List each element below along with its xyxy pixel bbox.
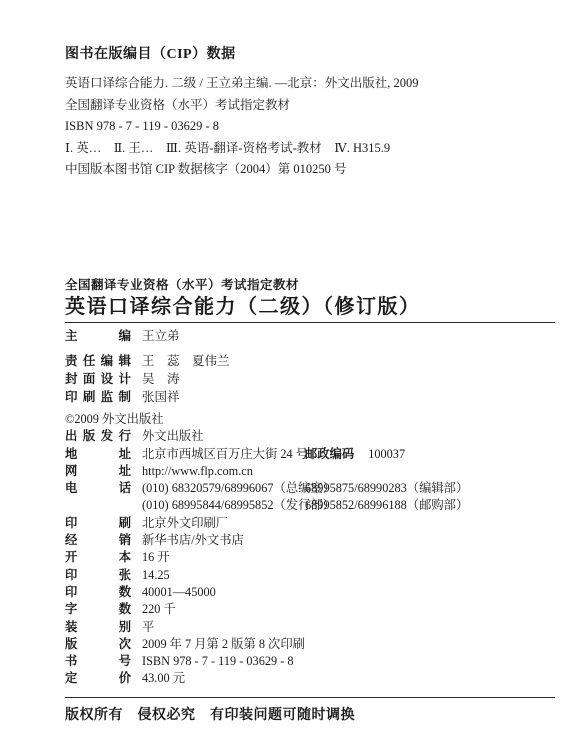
row-extra: 68995875/68990283（编辑部） — [305, 480, 468, 497]
row-label: 定价 — [65, 670, 131, 687]
copyright-page: 图书在版编目（CIP）数据 英语口译综合能力. 二级 / 王立弟主编. —北京：… — [0, 0, 565, 742]
info-row: 印张14.25 — [65, 567, 555, 584]
row-value: 43.00 元 — [142, 671, 185, 685]
info-row: 字数220 千 — [65, 601, 555, 618]
row-label: 印刷监制 — [65, 388, 131, 406]
publication-info-block: ©2009 外文出版社 出版发行外文出版社地址北京市西城区百万庄大街 24 号邮… — [65, 411, 555, 688]
row-label: 书号 — [65, 653, 131, 670]
info-row: 书号ISBN 978 - 7 - 119 - 03629 - 8 — [65, 653, 555, 670]
row-label: 经销 — [65, 532, 131, 549]
row-value: 14.25 — [142, 568, 170, 582]
row-label: 印数 — [65, 584, 131, 601]
row-value: 40001—45000 — [142, 585, 216, 599]
row-label: 责任编辑 — [65, 352, 131, 370]
copyright-notice: ©2009 外文出版社 — [65, 411, 555, 428]
row-value: 2009 年 7 月第 2 版第 8 次印刷 — [142, 637, 305, 651]
info-row: 经销新华书店/外文书店 — [65, 532, 555, 549]
row-label: 网址 — [65, 463, 131, 480]
row-label: 版次 — [65, 636, 131, 653]
publication-rows: 出版发行外文出版社地址北京市西城区百万庄大街 24 号邮政编码100037网址h… — [65, 428, 555, 687]
row-label: 出版发行 — [65, 428, 131, 445]
extra-value: 68995875/68990283（编辑部） — [305, 481, 468, 495]
cip-heading: 图书在版编目（CIP）数据 — [65, 46, 555, 63]
info-row: (010) 68995844/68995852（发行部）68995852/689… — [65, 497, 555, 514]
row-label: 封面设计 — [65, 370, 131, 388]
cip-series-line: 全国翻译专业资格（水平）考试指定教材 — [65, 95, 555, 117]
row-label: 装别 — [65, 619, 131, 636]
row-label: 主编 — [65, 327, 131, 345]
info-row: 印刷监制张国祥 — [65, 388, 555, 406]
info-row: 责任编辑王 蕊 夏伟兰 — [65, 352, 555, 370]
cip-title-line: 英语口译综合能力. 二级 / 王立弟主编. —北京：外文出版社, 2009 — [65, 73, 555, 95]
extra-label: 邮政编码 — [305, 447, 354, 461]
footer-block: 版权所有 侵权必究 有印装问题可随时调换 — [65, 697, 555, 725]
book-title: 英语口译综合能力（二级）（修订版） — [65, 295, 555, 319]
row-value: http://www.flp.com.cn — [142, 464, 253, 478]
info-row: 网址http://www.flp.com.cn — [65, 463, 555, 480]
title-block: 全国翻译专业资格（水平）考试指定教材 英语口译综合能力（二级）（修订版） — [65, 277, 555, 323]
cip-classification: Ⅰ. 英… Ⅱ. 王… Ⅲ. 英语-翻译-资格考试-教材 Ⅳ. H315.9 — [65, 138, 555, 160]
staff-block: 主编王立弟责任编辑王 蕊 夏伟兰封面设计吴 涛印刷监制张国祥 — [65, 327, 555, 406]
extra-value: 68995852/68996188（邮购部） — [305, 498, 468, 512]
row-value: 吴 涛 — [142, 372, 180, 386]
row-value: 平 — [142, 620, 154, 634]
row-value: 北京市西城区百万庄大街 24 号 — [142, 447, 308, 461]
row-extra: 68995852/68996188（邮购部） — [305, 497, 468, 514]
rights-notice: 版权所有 侵权必究 有印装问题可随时调换 — [65, 707, 555, 725]
row-label: 印张 — [65, 567, 131, 584]
cip-registry: 中国版本图书馆 CIP 数据核字（2004）第 010250 号 — [65, 159, 555, 181]
row-value: 新华书店/外文书店 — [142, 533, 244, 547]
extra-value: 100037 — [368, 447, 405, 461]
info-row: 开本16 开 — [65, 549, 555, 566]
row-value: 220 千 — [142, 602, 176, 616]
row-value: 外文出版社 — [142, 429, 204, 443]
row-value: 北京外文印刷厂 — [142, 516, 228, 530]
row-label: 地址 — [65, 446, 131, 463]
row-label: 字数 — [65, 601, 131, 618]
row-value: 张国祥 — [142, 390, 180, 404]
title-rule — [65, 322, 555, 323]
info-row: 印刷北京外文印刷厂 — [65, 515, 555, 532]
row-value: 王立弟 — [142, 329, 180, 343]
info-row: 出版发行外文出版社 — [65, 428, 555, 445]
row-value: 16 开 — [142, 550, 170, 564]
info-row: 地址北京市西城区百万庄大街 24 号邮政编码100037 — [65, 446, 555, 463]
cip-block: 图书在版编目（CIP）数据 英语口译综合能力. 二级 / 王立弟主编. —北京：… — [65, 46, 555, 181]
row-label: 开本 — [65, 549, 131, 566]
row-value: 王 蕊 夏伟兰 — [142, 354, 230, 368]
info-row: 主编王立弟 — [65, 327, 555, 345]
info-row: 装别平 — [65, 619, 555, 636]
row-value: ISBN 978 - 7 - 119 - 03629 - 8 — [142, 654, 294, 668]
info-row: 电话(010) 68320579/68996067（总编室）68995875/6… — [65, 480, 555, 497]
info-row: 印数40001—45000 — [65, 584, 555, 601]
cip-isbn-line: ISBN 978 - 7 - 119 - 03629 - 8 — [65, 116, 555, 138]
info-row: 版次2009 年 7 月第 2 版第 8 次印刷 — [65, 636, 555, 653]
series-title: 全国翻译专业资格（水平）考试指定教材 — [65, 277, 555, 293]
info-row: 定价43.00 元 — [65, 670, 555, 687]
row-label: 印刷 — [65, 515, 131, 532]
info-row: 封面设计吴 涛 — [65, 370, 555, 388]
row-label: 电话 — [65, 480, 131, 497]
row-extra: 邮政编码100037 — [305, 446, 405, 463]
